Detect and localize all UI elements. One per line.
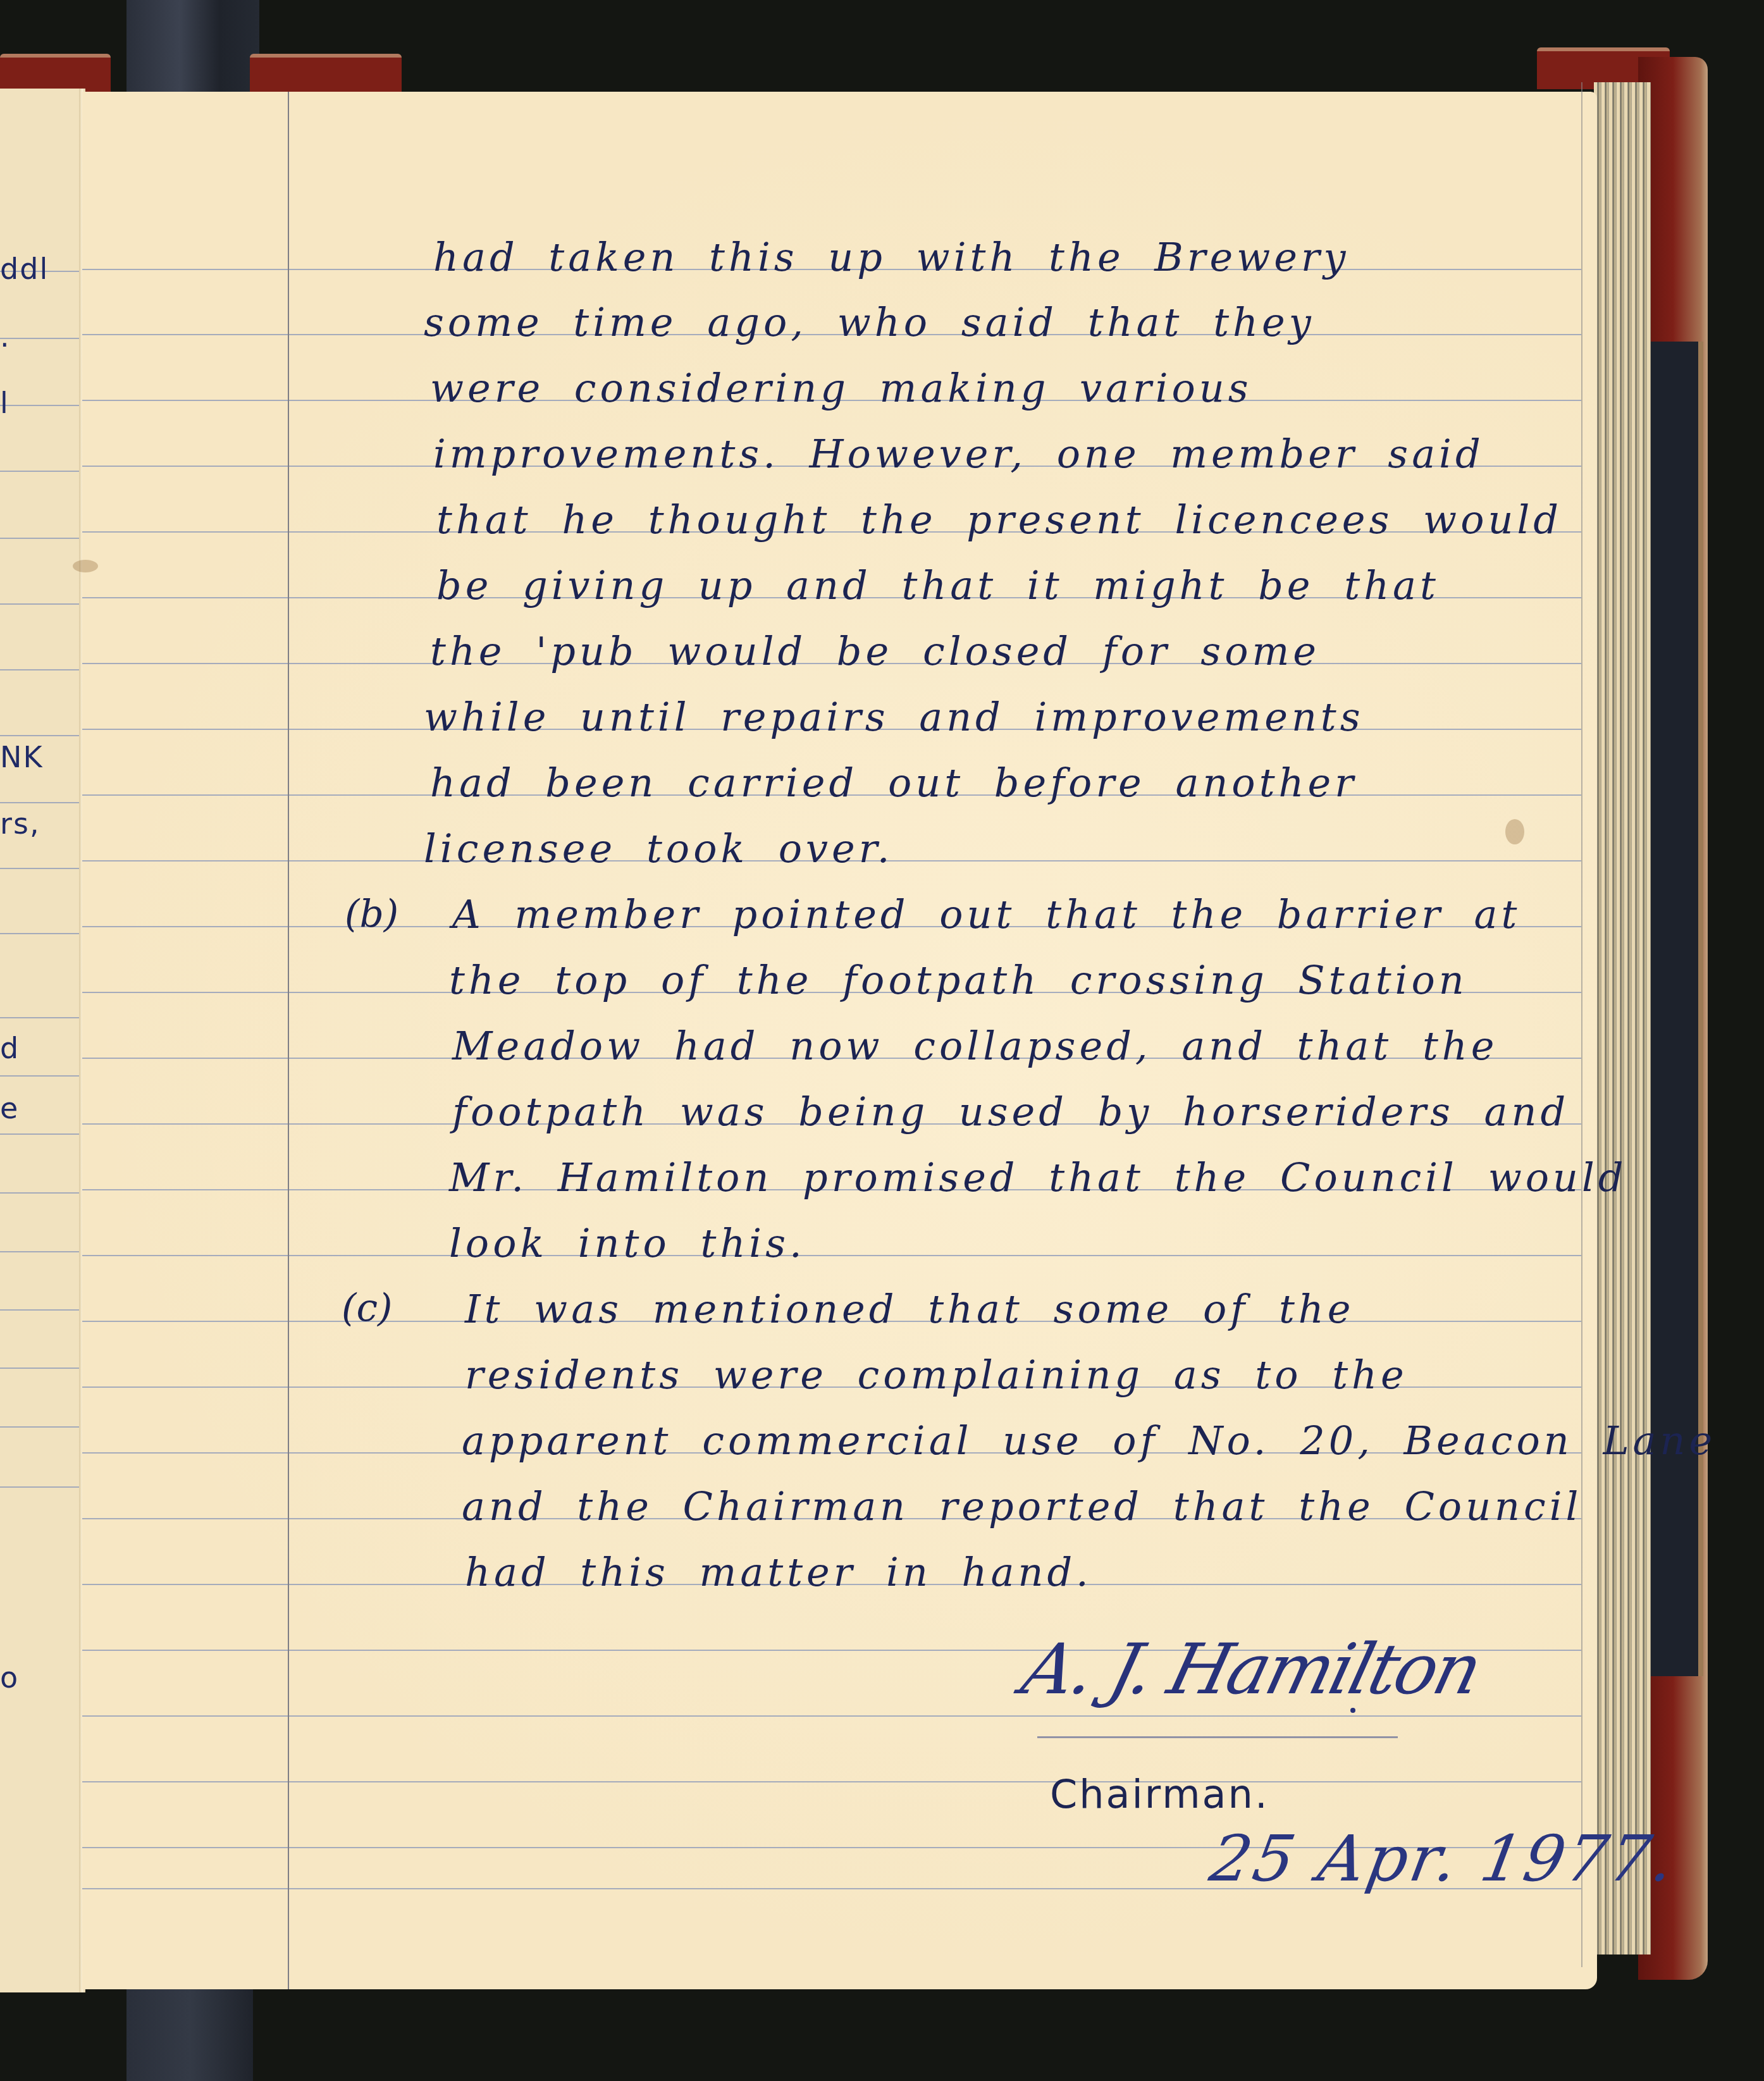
page-stack-edge	[1594, 82, 1651, 1954]
handwritten-line: A member pointed out that the barrier at	[452, 891, 1521, 937]
cover-leather-top-middle	[250, 54, 402, 96]
ruled-line	[0, 1251, 82, 1252]
ruled-line	[0, 1133, 82, 1135]
handwritten-line: the top of the footpath crossing Station	[449, 957, 1468, 1003]
handwritten-line: licensee took over.	[424, 825, 893, 872]
ruled-line	[82, 1255, 1581, 1256]
item-label: (c)	[342, 1286, 392, 1330]
left-page-fragment: l	[0, 386, 9, 420]
handwritten-line: were considering making various	[430, 365, 1252, 411]
book-spine-top	[126, 0, 259, 92]
ruled-line	[0, 802, 82, 803]
paper-stain	[73, 560, 98, 572]
ruled-line	[0, 338, 82, 339]
handwritten-line: Mr. Hamilton promised that the Council w…	[449, 1154, 1627, 1201]
book-spine-bottom	[126, 1980, 253, 2081]
ruled-line	[82, 1781, 1581, 1782]
right-margin-rule	[1581, 82, 1582, 1967]
handwritten-line: while until repairs and improvements	[424, 694, 1364, 740]
left-page-fragment: NK	[0, 740, 44, 774]
ruled-line	[0, 405, 82, 406]
ruled-line	[0, 868, 82, 869]
ruled-line	[0, 933, 82, 934]
left-page-fragment: rs,	[0, 806, 40, 841]
ruled-line	[0, 603, 82, 605]
handwritten-line: had this matter in hand.	[465, 1549, 1092, 1595]
ruled-line	[0, 1017, 82, 1018]
handwritten-line: apparent commercial use of No. 20, Beaco…	[462, 1417, 1716, 1464]
ruled-line	[0, 1426, 82, 1428]
ruled-line	[0, 471, 82, 472]
handwritten-line: and the Chairman reported that the Counc…	[462, 1483, 1582, 1529]
signature-period	[1350, 1708, 1355, 1713]
ruled-line	[0, 1192, 82, 1194]
handwritten-line: that he thought the present licencees wo…	[436, 497, 1562, 543]
margin-rule	[288, 92, 289, 1989]
handwritten-line: residents were complaining as to the	[465, 1352, 1408, 1398]
handwritten-line: some time ago, who said that they	[424, 299, 1315, 345]
ruled-line	[0, 735, 82, 736]
paper-stain	[1505, 819, 1524, 844]
left-page-fragment: d	[0, 1031, 20, 1065]
signature-line	[1037, 1736, 1398, 1738]
left-page-fragment: e	[0, 1091, 19, 1125]
handwritten-line: had taken this up with the Brewery	[433, 234, 1350, 280]
ruled-line	[0, 669, 82, 670]
handwritten-line: Meadow had now collapsed, and that the	[452, 1023, 1498, 1069]
left-page: ddl . l NK rs, d e o	[0, 89, 83, 1992]
handwritten-line: It was mentioned that some of the	[465, 1286, 1354, 1332]
ruled-line	[0, 538, 82, 539]
ruled-line	[82, 1715, 1581, 1717]
left-page-fragment: ddl	[0, 252, 49, 286]
chairman-signature: A. J. Hamilton	[1015, 1629, 1488, 1710]
ruled-line	[0, 1309, 82, 1311]
ruled-line	[0, 1368, 82, 1369]
handwritten-line: be giving up and that it might be that	[436, 562, 1440, 608]
handwritten-line: footpath was being used by horseriders a…	[452, 1089, 1569, 1135]
signoff-date: 25 Apr. 1977.	[1205, 1822, 1682, 1896]
handwritten-line: improvements. However, one member said	[433, 431, 1484, 477]
left-page-fragment: o	[0, 1660, 19, 1695]
handwritten-line: the 'pub would be closed for some	[430, 628, 1320, 674]
item-label: (b)	[345, 892, 398, 936]
left-page-fragment: .	[0, 319, 11, 354]
ruled-line	[0, 1075, 82, 1077]
ruled-line	[0, 1486, 82, 1488]
cover-cloth-right	[1648, 342, 1703, 1676]
handwritten-line: had been carried out before another	[430, 760, 1357, 806]
chairman-title: Chairman.	[1050, 1771, 1269, 1817]
handwritten-line: look into this.	[449, 1220, 806, 1266]
